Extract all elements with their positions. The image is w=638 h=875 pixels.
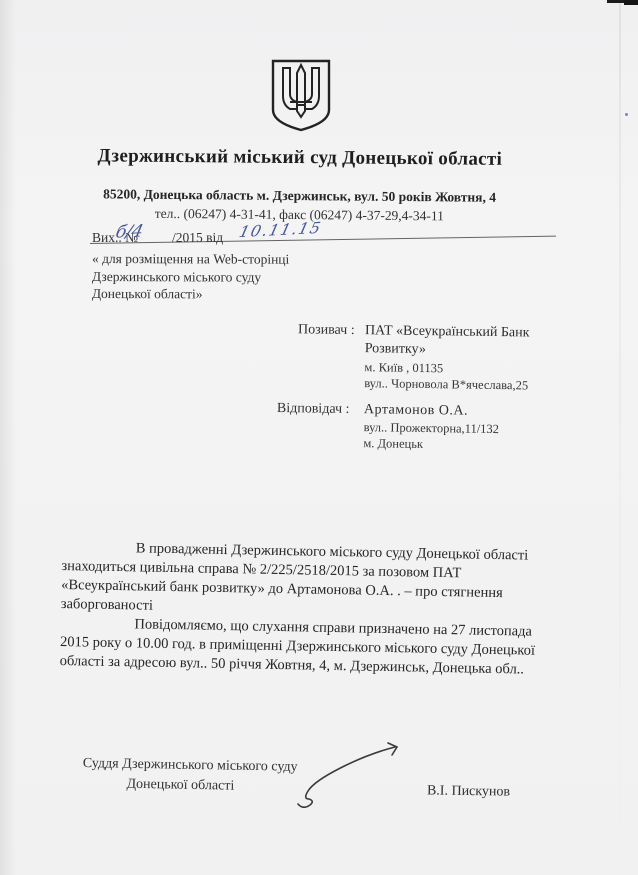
judge-title-line2: Донецької області <box>82 775 297 795</box>
judge-name: В.І. Пискунов <box>427 783 510 800</box>
plaintiff-name-line2: Розвитку» <box>365 341 426 358</box>
scan-corner-artifact <box>624 0 638 5</box>
ukraine-trident-emblem-icon <box>269 58 333 133</box>
court-name: Дзержинський міський суд Донецької облас… <box>60 145 540 171</box>
scanned-court-letter: Дзержинський міський суд Донецької облас… <box>0 0 638 875</box>
judge-title-block: Суддя Дзержинського міського суду Донець… <box>82 756 297 795</box>
parties-block: Позивач : ПАТ «Всеукраїнський Банк Розви… <box>5 0 638 5</box>
plaintiff-name-line1: ПАТ «Всеукраїнський Банк <box>365 323 530 341</box>
plaintiff-street: вул.. Чорновола В*ячеслава,25 <box>364 376 528 393</box>
defendant-label: Відповідач : <box>277 401 350 418</box>
reference-ruled-line <box>90 236 556 244</box>
plaintiff-label: Позивач : <box>298 322 355 339</box>
handwritten-signature <box>290 740 412 815</box>
scan-left-edge-shadow <box>0 0 16 875</box>
handwritten-outgoing-number: б/4 <box>114 222 145 243</box>
defendant-name: Артамонов О.А. <box>364 402 468 419</box>
judge-title-line1: Суддя Дзержинського міського суду <box>83 756 298 776</box>
court-address: 85200, Донецька область м. Дзержинськ, в… <box>60 186 540 206</box>
note-line: Донецької області» <box>92 285 289 303</box>
note-line: Дзержинського міського суду <box>92 267 289 285</box>
ink-speck <box>625 113 628 116</box>
note-line: « для розміщення на Web-сторінці <box>92 250 289 268</box>
letter-body: В провадженні Дзержинського міського суд… <box>60 538 562 680</box>
scan-fold-crease <box>619 0 621 875</box>
outgoing-year-label: /2015 від <box>172 230 223 246</box>
web-publication-note: « для розміщення на Web-сторінці Дзержин… <box>92 250 290 303</box>
plaintiff-city: м. Київ , 01135 <box>364 360 443 376</box>
defendant-city: м. Донецьк <box>363 436 423 452</box>
defendant-street: вул.. Прожекторна,11/132 <box>364 420 500 437</box>
handwritten-date: 10.11.15 <box>237 219 323 241</box>
letterhead: Дзержинський міський суд Донецької облас… <box>59 145 540 225</box>
